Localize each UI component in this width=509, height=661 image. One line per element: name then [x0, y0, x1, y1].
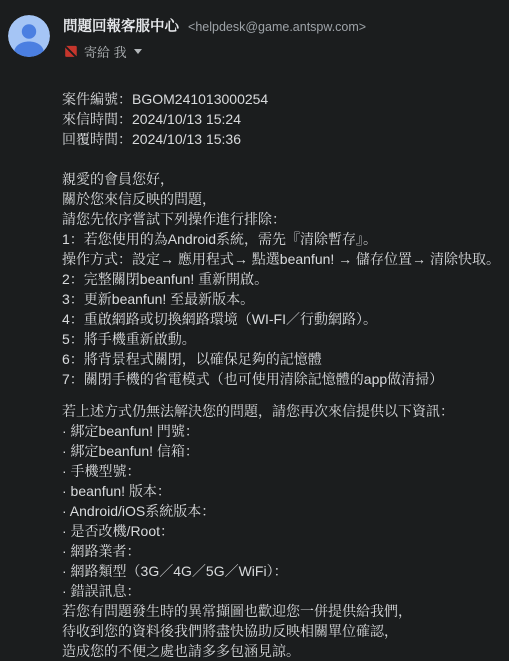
- inbound-time-line: 來信時間：2024/10/13 15:24: [62, 109, 495, 129]
- sender-email: <helpdesk@game.antspw.com>: [188, 20, 366, 34]
- step-1-line: 1：若您使用的為Android系統，需先『清除暫存』。: [62, 229, 495, 249]
- email-body: 案件編號：BGOM241013000254 來信時間：2024/10/13 15…: [62, 89, 495, 661]
- step-5-line: 5：將手機重新啟動。: [62, 329, 495, 349]
- step-3-line: 3：更新beanfun! 至最新版本。: [62, 289, 495, 309]
- bullet-phone-number-line: · 綁定beanfun! 門號：: [62, 421, 495, 441]
- step-7-line: 7：關閉手機的省電模式（也可使用清除記憶體的app做清掃）: [62, 369, 495, 389]
- bullet-network-type-line: · 網路類型（3G／4G／5G／WiFi）：: [62, 561, 495, 581]
- body-line: 關於您來信反映的問題，: [62, 189, 495, 209]
- body-line: 請您先依序嘗試下列操作進行排除：: [62, 209, 495, 229]
- step-4-line: 4：重啟網路或切換網路環境（WI-FI／行動網路）。: [62, 309, 495, 329]
- recipient-dropdown[interactable]: 寄給 我: [63, 42, 142, 61]
- case-number-line: 案件編號：BGOM241013000254: [62, 89, 495, 109]
- avatar[interactable]: [8, 15, 50, 57]
- bullet-os-version-line: · Android/iOS系統版本：: [62, 501, 495, 521]
- bullet-carrier-line: · 網路業者：: [62, 541, 495, 561]
- body-line: 若上述方式仍無法解決您的問題，請您再次來信提供以下資訊：: [62, 401, 495, 421]
- bullet-error-message-line: · 錯誤訊息：: [62, 581, 495, 601]
- bullet-phone-model-line: · 手機型號：: [62, 461, 495, 481]
- step-6-line: 6：將背景程式關閉，以確保足夠的記憶體: [62, 349, 495, 369]
- email-header: 問題回報客服中心 <helpdesk@game.antspw.com> 寄給 我: [0, 0, 509, 61]
- step-2-line: 2：完整關閉beanfun! 重新開啟。: [62, 269, 495, 289]
- email-message-view: 問題回報客服中心 <helpdesk@game.antspw.com> 寄給 我…: [0, 0, 509, 661]
- blocked-image-icon: [63, 44, 78, 59]
- recipient-label: 寄給 我: [84, 42, 127, 61]
- bullet-app-version-line: · beanfun! 版本：: [62, 481, 495, 501]
- person-icon: [8, 15, 50, 57]
- greeting-line: 親愛的會員您好，: [62, 169, 495, 189]
- case-info-paragraph: 案件編號：BGOM241013000254 來信時間：2024/10/13 15…: [62, 89, 495, 149]
- header-text: 問題回報客服中心 <helpdesk@game.antspw.com> 寄給 我: [63, 15, 366, 61]
- body-line: 若您有問題發生時的異常擷圖也歡迎您一併提供給我們，: [62, 601, 495, 621]
- sender-line: 問題回報客服中心 <helpdesk@game.antspw.com>: [63, 19, 366, 36]
- reply-time-line: 回覆時間：2024/10/13 15:36: [62, 129, 495, 149]
- sender-name[interactable]: 問題回報客服中心: [63, 19, 179, 35]
- troubleshooting-paragraph: 親愛的會員您好， 關於您來信反映的問題， 請您先依序嘗試下列操作進行排除： 1：…: [62, 169, 495, 389]
- bullet-root-line: · 是否改機/Root：: [62, 521, 495, 541]
- body-line: 待收到您的資料後我們將盡快協助反映相關單位確認，: [62, 621, 495, 641]
- step-1-detail-line: 操作方式：設定→ 應用程式→ 點選beanfun! → 儲存位置→ 清除快取。: [62, 249, 495, 269]
- request-info-paragraph: 若上述方式仍無法解決您的問題，請您再次來信提供以下資訊： · 綁定beanfun…: [62, 401, 495, 661]
- bullet-email-line: · 綁定beanfun! 信箱：: [62, 441, 495, 461]
- closing-line: 造成您的不便之處也請多多包涵見諒。: [62, 641, 495, 661]
- chevron-down-icon: [134, 49, 142, 54]
